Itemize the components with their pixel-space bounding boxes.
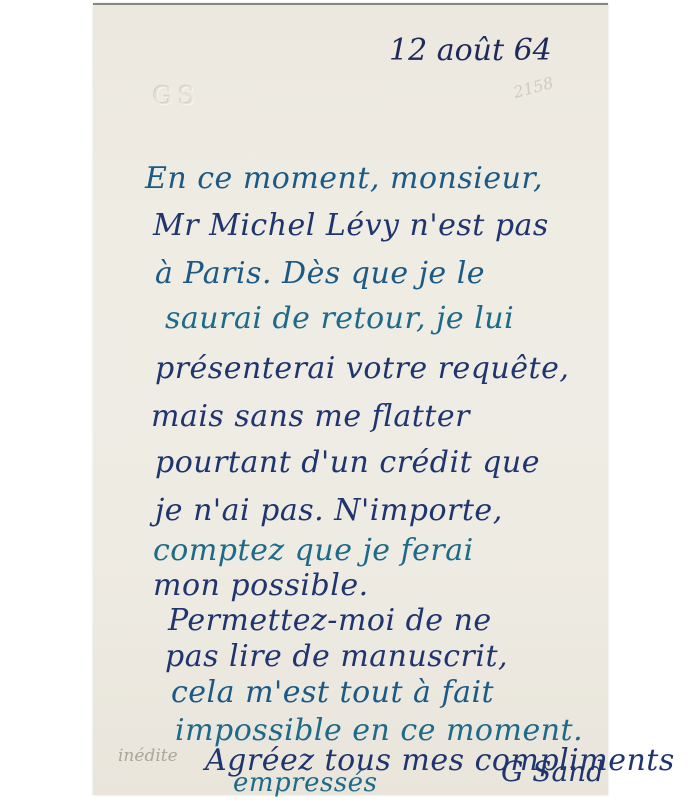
letter-line: comptez que je ferai — [153, 533, 474, 568]
signature: G Sand — [501, 755, 604, 788]
letter-line: pas lire de manuscrit, — [165, 639, 508, 674]
margin-note: inédite — [118, 746, 178, 766]
letter-line: pourtant d'un crédit que — [155, 445, 540, 480]
letter-line: mon possible. — [153, 568, 369, 603]
pencil-catalog-number: 2158 — [511, 73, 555, 102]
letter-line: présenterai votre requête, — [155, 351, 569, 386]
letter-line: à Paris. Dès que je le — [155, 256, 485, 291]
letter-line: cela m'est tout à fait — [171, 675, 494, 710]
letter-line: je n'ai pas. N'importe, — [155, 493, 503, 528]
letter-line: Mr Michel Lévy n'est pas — [153, 208, 549, 243]
letter-line: empressés — [233, 768, 377, 798]
letter-line: Permettez-moi de ne — [168, 603, 492, 638]
letter-line: En ce moment, monsieur, — [145, 161, 543, 196]
letter-line: saurai de retour, je lui — [165, 301, 514, 336]
letter-line: mais sans me flatter — [151, 399, 470, 434]
embossed-monogram: GS — [153, 82, 201, 110]
letter-paper: GS 2158 12 août 64 En ce moment, monsieu… — [93, 3, 608, 795]
letter-date: 12 août 64 — [389, 33, 552, 68]
